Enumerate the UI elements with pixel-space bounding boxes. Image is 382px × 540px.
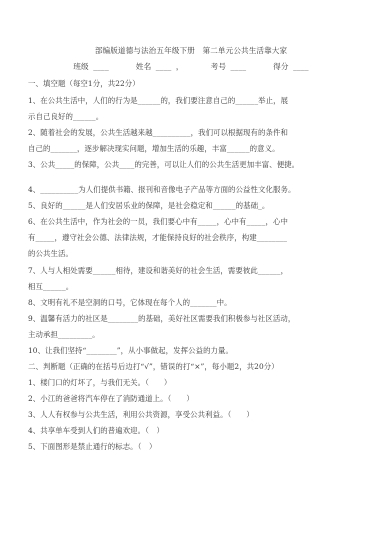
exam-number-label: 考号 bbox=[211, 62, 226, 71]
true-false-item: 3、人人有权参与公共生活，利用公共资源，享受公共利益。（ ） bbox=[28, 410, 358, 420]
exam-number-blank[interactable]: ____ bbox=[231, 62, 247, 71]
score-label: 得分 bbox=[273, 62, 288, 71]
fill-in-line: 主动承担_________。 bbox=[28, 330, 358, 340]
student-info-row: 班级 ____ 姓名 ____ ， 考号 ____ 得分 ____ bbox=[0, 62, 382, 72]
separator: ， bbox=[176, 62, 184, 71]
fill-in-line: 有_____，遵守社会公德、法律法规，才能保持良好的社会秩序，构建_______… bbox=[28, 233, 358, 243]
section-heading-fill-in: 一、填空题（每空1分，共22分） bbox=[28, 79, 358, 89]
fill-in-line: 4、__________为人们提供书籍、报刊和音像电子产品等方面的公益性文化服务… bbox=[28, 185, 358, 195]
fill-in-line: 9、温馨有活力的社区是________的基础，美好社区需要我们积极参与社区活动， bbox=[28, 314, 358, 324]
fill-in-line: 1、在公共生活中，人们的行为是______的，我们要注意自己的______举止，… bbox=[28, 96, 358, 106]
fill-in-line: 3、公共_____的保障，公共____的完善，可以让人们的公共生活更加丰富、便捷… bbox=[28, 160, 358, 170]
true-false-item: 5、下面图形是禁止通行的标志。（ ） bbox=[28, 442, 358, 452]
class-blank[interactable]: ____ bbox=[93, 62, 109, 71]
section-heading-true-false: 二、判断题（正确的在括号后边打“√”，错误的打“×”，每小题2，共20分） bbox=[28, 362, 358, 372]
fill-in-line: 6、在公共生活中，作为社会的一员，我们要心中有_____，心中有_____，心中 bbox=[28, 217, 358, 227]
fill-in-line: 的公共生活。 bbox=[28, 249, 358, 259]
fill-in-line: 7、人与人相处需要______相待，建设和谐美好的社会生活，需要彼此______… bbox=[28, 266, 358, 276]
name-blank[interactable]: ____ bbox=[156, 62, 172, 71]
true-false-item: 1、楼门口的灯坏了，与我们无关。（ ） bbox=[28, 378, 358, 388]
true-false-item: 4、共享单车受到人们的普遍欢迎。（ ） bbox=[28, 426, 358, 436]
class-label: 班级 bbox=[73, 62, 88, 71]
fill-in-line: 自己的_______，逐步解决现实问题，增加生活的乐趣，丰富______的意义。 bbox=[28, 144, 358, 154]
fill-in-line: 8、文明有礼不是空洞的口号，它体现在每个人的_______中。 bbox=[28, 298, 358, 308]
true-false-item: 2、小江的爸爸将汽车停在了消防通道上。（ ） bbox=[28, 394, 358, 404]
score-blank[interactable]: ____ bbox=[293, 62, 309, 71]
fill-in-line: 5、良好的______是人们安居乐业的保障，是社会稳定和______的基础_。 bbox=[28, 201, 358, 211]
exam-page: 部编版道德与法治五年级下册 第二单元公共生活靠大家 班级 ____ 姓名 ___… bbox=[0, 0, 382, 540]
document-title: 部编版道德与法治五年级下册 第二单元公共生活靠大家 bbox=[0, 46, 382, 56]
fill-in-line: 示自己良好的______。 bbox=[28, 112, 358, 122]
fill-in-line: 相互______。 bbox=[28, 282, 358, 292]
fill-in-line: 10、让我们坚持“________”，从小事做起，发挥公益的力量。 bbox=[28, 346, 358, 356]
name-label: 姓名 bbox=[136, 62, 151, 71]
fill-in-line: 2、随着社会的发展，公共生活越来越__________，我们可以根据现有的条件和 bbox=[28, 128, 358, 138]
